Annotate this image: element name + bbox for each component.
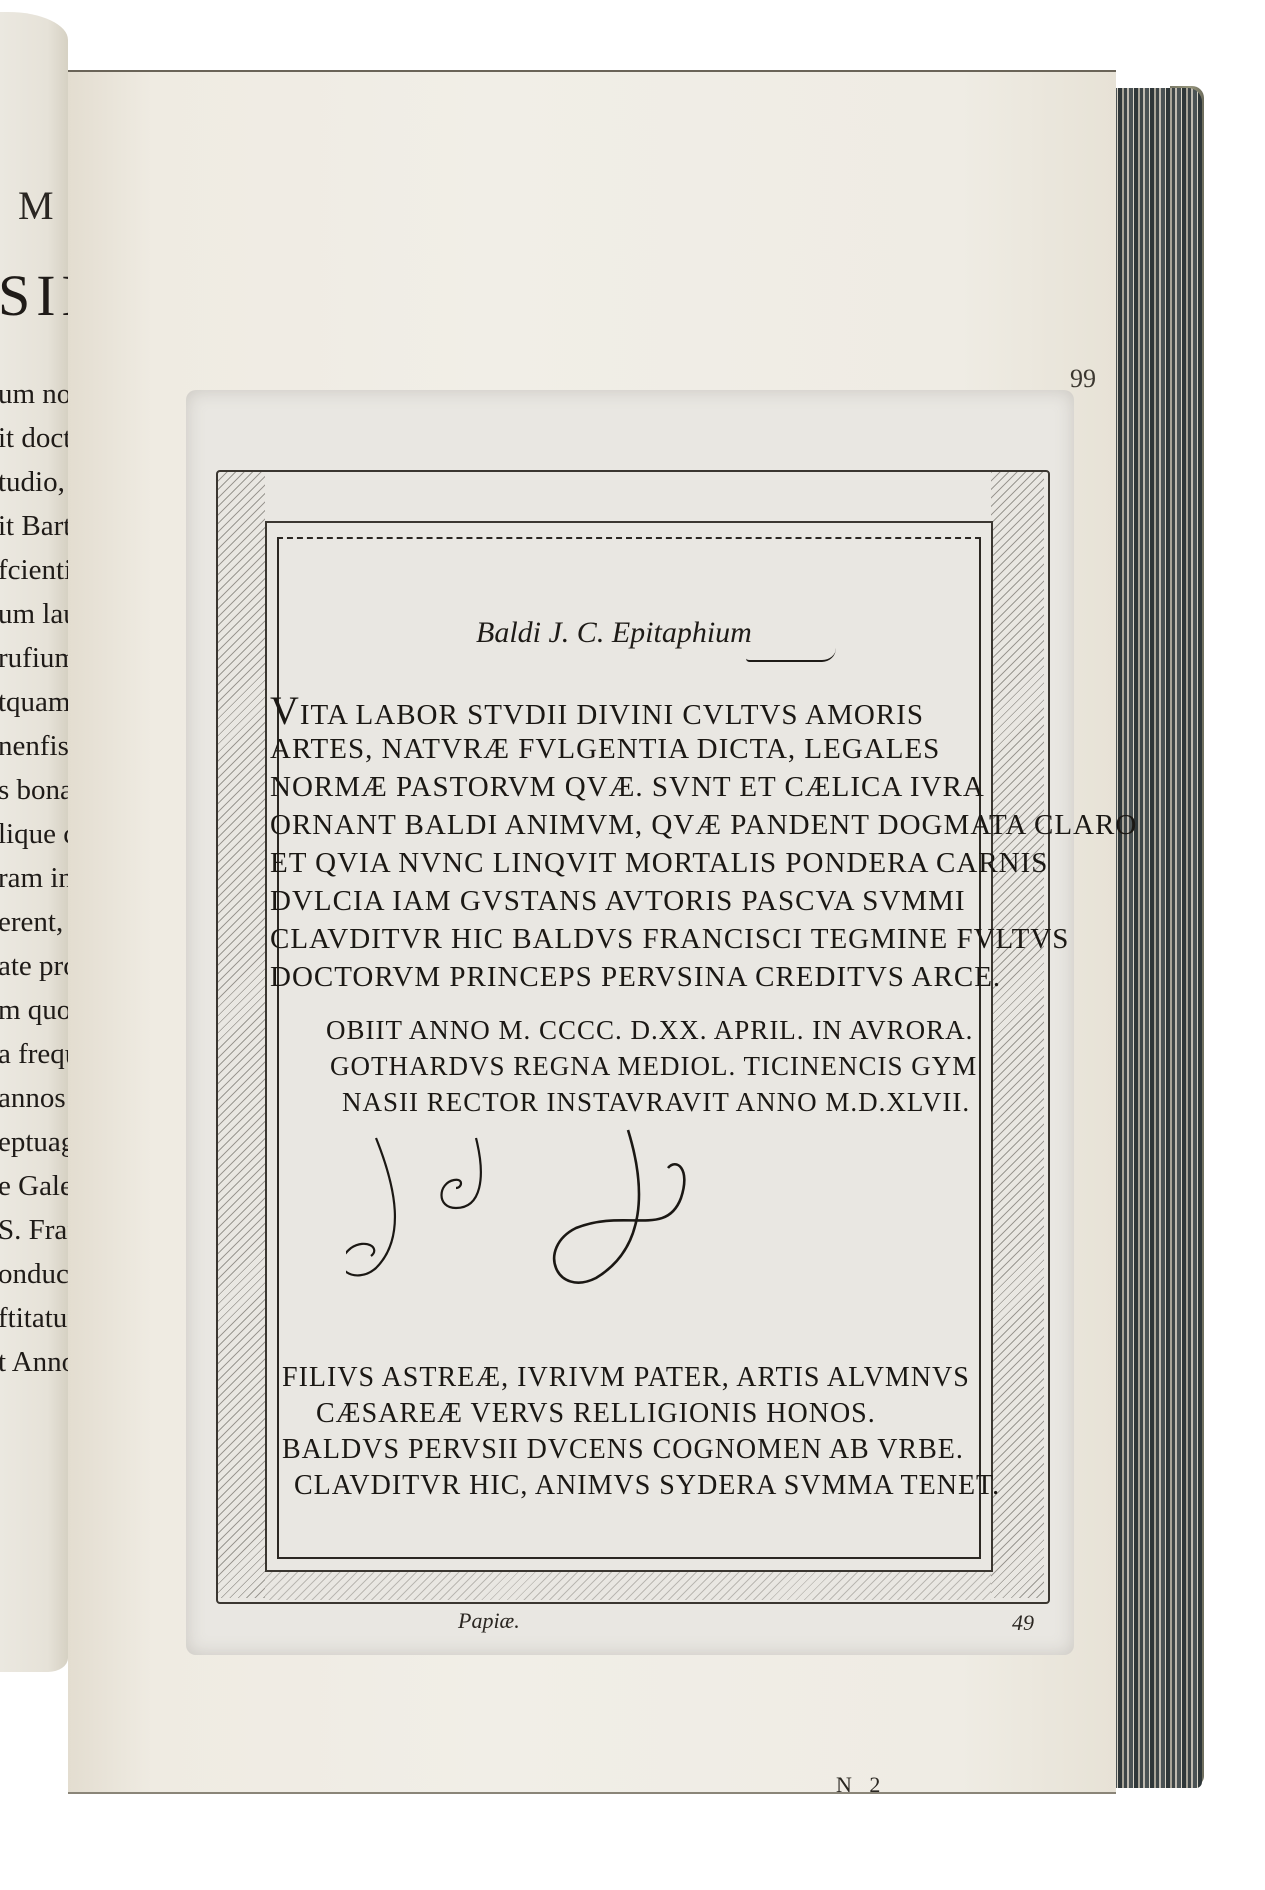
left-page-heading: SIN xyxy=(0,262,68,329)
epitaph-main-verse: VITA LABOR STVDII DIVINI CVLTVS AMORIS A… xyxy=(270,692,1137,996)
epitaph-closing-verse: FILIVS ASTREÆ, IVRIVM PATER, ARTIS ALVMN… xyxy=(282,1360,1000,1504)
plate-place-label: Papiæ. xyxy=(458,1608,520,1634)
text-line: eptuage xyxy=(0,1120,68,1164)
closing-line: FILIVS ASTREÆ, IVRIVM PATER, ARTIS ALVMN… xyxy=(282,1360,1000,1396)
left-page-text: um nobili it doctrin tudio, & a it Barth… xyxy=(0,372,68,1384)
epitaph-title: Baldi J. C. Epitaphium xyxy=(476,616,752,650)
text-line: um nobili xyxy=(0,372,68,416)
text-line: it doctrin xyxy=(0,416,68,460)
text-line: ram in Ph xyxy=(0,856,68,900)
frame-hatching-bottom xyxy=(265,1570,991,1600)
epitaph-obit-note: OBIIT ANNO M. CCCC. D.XX. APRIL. IN AVRO… xyxy=(326,1012,977,1120)
text-line: um laude xyxy=(0,592,68,636)
closing-line: BALDVS PERVSII DVCENS COGNOMEN AB VRBE. xyxy=(282,1432,1000,1468)
text-line: m quoqu xyxy=(0,988,68,1032)
obit-line: GOTHARDVS REGNA MEDIOL. TICINENCIS GYM xyxy=(330,1048,977,1084)
text-line: e Galeaz xyxy=(0,1164,68,1208)
verse-line: DOCTORVM PRINCEPS PERVSINA CREDITVS ARCE… xyxy=(270,958,1137,996)
text-line: t Anno xyxy=(0,1340,68,1384)
left-page-heading-letter: M xyxy=(18,182,56,229)
title-flourish xyxy=(746,648,836,662)
left-facing-page: M SIN um nobili it doctrin tudio, & a it… xyxy=(0,12,68,1672)
text-line: a freque xyxy=(0,1032,68,1076)
text-line: tudio, & a xyxy=(0,460,68,504)
closing-line: CLAVDITVR HIC, ANIMVS SYDERA SVMMA TENET… xyxy=(294,1468,1000,1504)
verse-line: ET QVIA NVNC LINQVIT MORTALIS PONDERA CA… xyxy=(270,844,1137,882)
obit-line: OBIIT ANNO M. CCCC. D.XX. APRIL. IN AVRO… xyxy=(326,1012,977,1048)
text-line: onduce xyxy=(0,1252,68,1296)
folio-number: 99 xyxy=(1070,364,1096,394)
engraved-plate: Baldi J. C. Epitaphium VITA LABOR STVDII… xyxy=(186,390,1074,1655)
plate-number: 49 xyxy=(1012,1610,1034,1636)
text-line: it Bartholi xyxy=(0,504,68,548)
verse-line: ORNANT BALDI ANIMVM, QVÆ PANDENT DOGMATA… xyxy=(270,806,1137,844)
verse-line: DVLCIA IAM GVSTANS AVTORIS PASCVA SVMMI xyxy=(270,882,1137,920)
text-line: lique cel xyxy=(0,812,68,856)
verse-line: CLAVDITVR HIC BALDVS FRANCISCI TEGMINE F… xyxy=(270,920,1137,958)
verse-line: VITA LABOR STVDII DIVINI CVLTVS AMORIS xyxy=(270,692,1137,730)
text-line: rufium co xyxy=(0,636,68,680)
text-line: tquam m xyxy=(0,680,68,724)
verse-line: NORMÆ PASTORVM QVÆ. SVNT ET CÆLICA IVRA xyxy=(270,768,1137,806)
text-line: annos pu xyxy=(0,1076,68,1120)
text-line: nenfis Ac xyxy=(0,724,68,768)
verse-line: ARTES, NATVRÆ FVLGENTIA DICTA, LEGALES xyxy=(270,730,1137,768)
right-page: 99 Baldi J. C. Epitaphium VITA LABOR STV… xyxy=(68,70,1116,1794)
text-line: fcientiaru xyxy=(0,548,68,592)
text-line: s bonaru xyxy=(0,768,68,812)
text-line: erent, co xyxy=(0,900,68,944)
text-line: ftitatun xyxy=(0,1296,68,1340)
signature-mark: N 2 xyxy=(836,1772,886,1798)
obit-line: NASII RECTOR INSTAVRAVIT ANNO M.D.XLVII. xyxy=(342,1084,977,1120)
calligraphic-flourishes xyxy=(346,1128,766,1288)
closing-line: CÆSAREÆ VERVS RELLIGIONIS HONOS. xyxy=(316,1396,1000,1432)
text-line: ate profa xyxy=(0,944,68,988)
text-line: S. Fran xyxy=(0,1208,68,1252)
frame-hatching-left xyxy=(218,472,265,1598)
